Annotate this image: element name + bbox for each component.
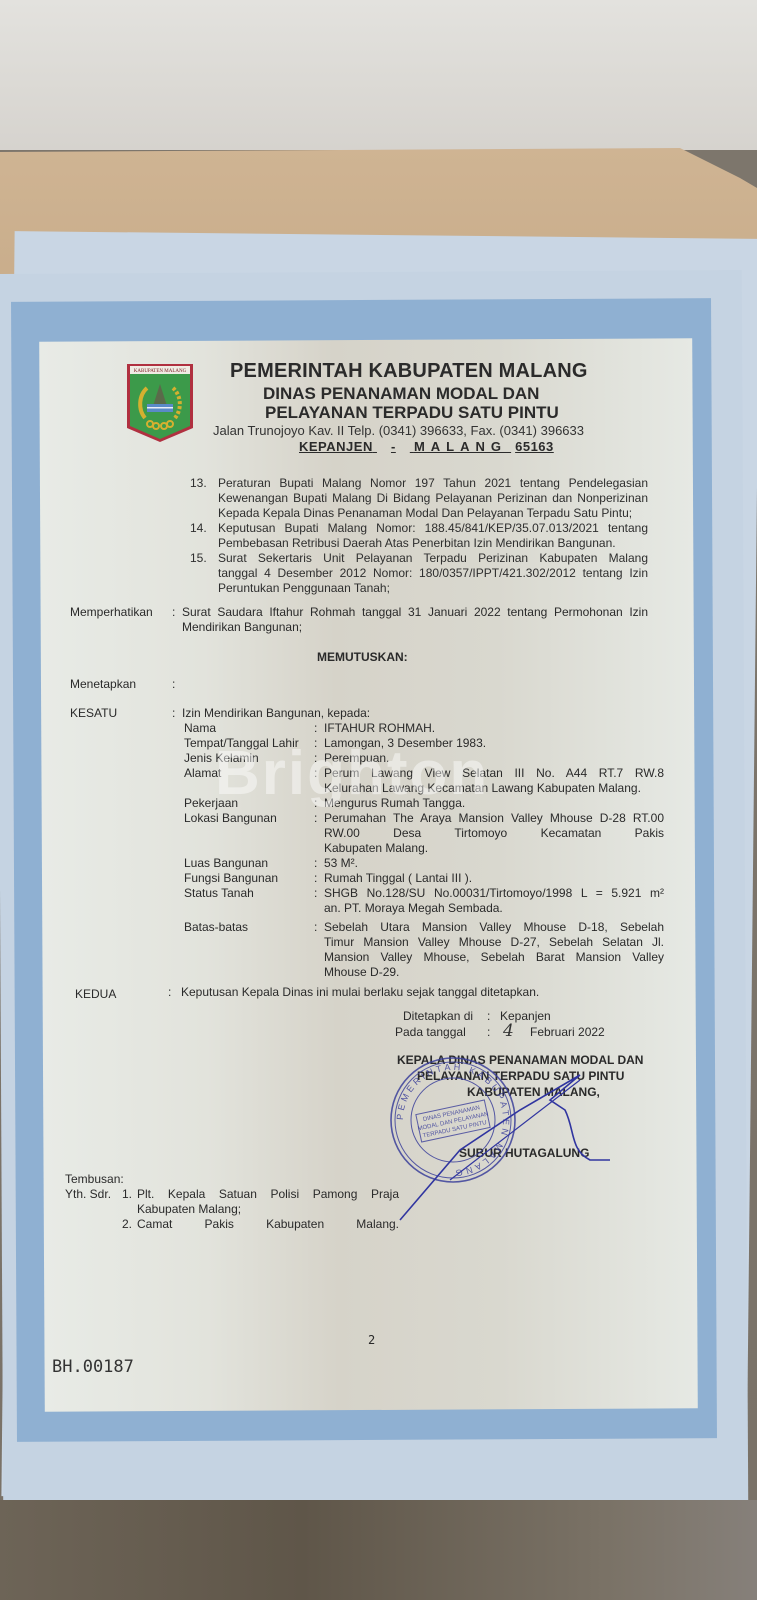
consideration-13: Peraturan Bupati Malang Nomor 197 Tahun …: [218, 476, 648, 521]
colon: :: [314, 886, 317, 900]
kedua-label: KEDUA: [75, 987, 116, 1001]
city-separator: -: [391, 439, 396, 454]
letterhead-address: Jalan Trunojoyo Kav. II Telp. (0341) 396…: [213, 423, 584, 438]
colon: :: [487, 1009, 490, 1023]
menetapkan-label: Menetapkan: [70, 677, 136, 691]
field-value: Sebelah Utara Mansion Valley Mhouse D-18…: [324, 920, 664, 980]
colon: :: [172, 706, 175, 720]
kedua-text: Keputusan Kepala Dinas ini mulai berlaku…: [181, 985, 539, 999]
kesatu-label: KESATU: [70, 706, 117, 720]
letterhead-agency-line1: DINAS PENANAMAN MODAL DAN: [263, 384, 539, 404]
document: KABUPATEN MALANG PEMERINTAH KABUPATEN MA…: [0, 0, 757, 1600]
date-rest: Februari 2022: [530, 1025, 605, 1039]
svg-text:KABUPATEN MALANG: KABUPATEN MALANG: [134, 369, 187, 374]
place-label: Ditetapkan di: [403, 1009, 473, 1023]
colon: :: [314, 721, 317, 735]
colon: :: [314, 856, 317, 870]
date-label: Pada tanggal: [395, 1025, 466, 1039]
tembusan-prefix: Yth. Sdr.: [65, 1187, 111, 1201]
item-number: 14.: [190, 521, 207, 535]
kesatu-intro: Izin Mendirikan Bangunan, kepada:: [182, 706, 370, 720]
field-label: Nama: [184, 721, 216, 735]
colon: :: [487, 1025, 490, 1039]
colon: :: [314, 920, 317, 934]
memperhatikan-text: Surat Saudara Iftahur Rohmah tanggal 31 …: [182, 605, 648, 635]
tembusan-label: Tembusan:: [65, 1172, 124, 1186]
memutuskan-heading: MEMUTUSKAN:: [317, 650, 408, 664]
colon: :: [314, 811, 317, 825]
item-number: 2.: [122, 1217, 132, 1231]
consideration-15: Surat Sekertaris Unit Pelayanan Terpadu …: [218, 551, 648, 596]
field-value: 53 M².: [324, 856, 664, 871]
postal-code: 65163: [515, 439, 554, 454]
letterhead-agency-line2: PELAYANAN TERPADU SATU PINTU: [265, 403, 559, 423]
field-label: Fungsi Bangunan: [184, 871, 278, 885]
item-number: 15.: [190, 551, 207, 565]
consideration-14: Keputusan Bupati Malang Nomor: 188.45/84…: [218, 521, 648, 551]
colon: :: [172, 605, 175, 619]
colon: :: [172, 677, 175, 691]
field-label: Luas Bangunan: [184, 856, 268, 870]
colon: :: [314, 871, 317, 885]
watermark: Brighton: [215, 738, 489, 809]
serial-number: BH.00187: [52, 1357, 134, 1377]
field-label: Batas-batas: [184, 920, 248, 934]
letterhead-government: PEMERINTAH KABUPATEN MALANG: [230, 360, 588, 383]
tembusan-item-2: Camat Pakis Kabupaten Malang.: [137, 1217, 399, 1232]
field-label: Status Tanah: [184, 886, 254, 900]
date-day-handwritten: 4: [503, 1021, 514, 1041]
field-label: Lokasi Bangunan: [184, 811, 277, 825]
letterhead-city: KEPANJEN - MALANG 65163: [299, 439, 554, 454]
city-kepanjen: KEPANJEN: [299, 439, 373, 454]
item-number: 1.: [122, 1187, 132, 1201]
kabupaten-malang-coat-of-arms-icon: KABUPATEN MALANG: [125, 362, 195, 444]
page-number: 2: [368, 1333, 375, 1347]
item-number: 13.: [190, 476, 207, 490]
city-malang: MALANG: [414, 439, 507, 454]
handwritten-signature: [390, 1070, 610, 1230]
colon: :: [168, 985, 171, 999]
memperhatikan-label: Memperhatikan: [70, 605, 153, 619]
tembusan-item-1: Plt. Kepala Satuan Polisi Pamong Praja K…: [137, 1187, 399, 1217]
field-value: IFTAHUR ROHMAH.: [324, 721, 664, 736]
field-value: SHGB No.128/SU No.00031/Tirtomoyo/1998 L…: [324, 886, 664, 916]
field-value: Rumah Tinggal ( Lantai III ).: [324, 871, 664, 886]
field-value: Perumahan The Araya Mansion Valley Mhous…: [324, 811, 664, 856]
